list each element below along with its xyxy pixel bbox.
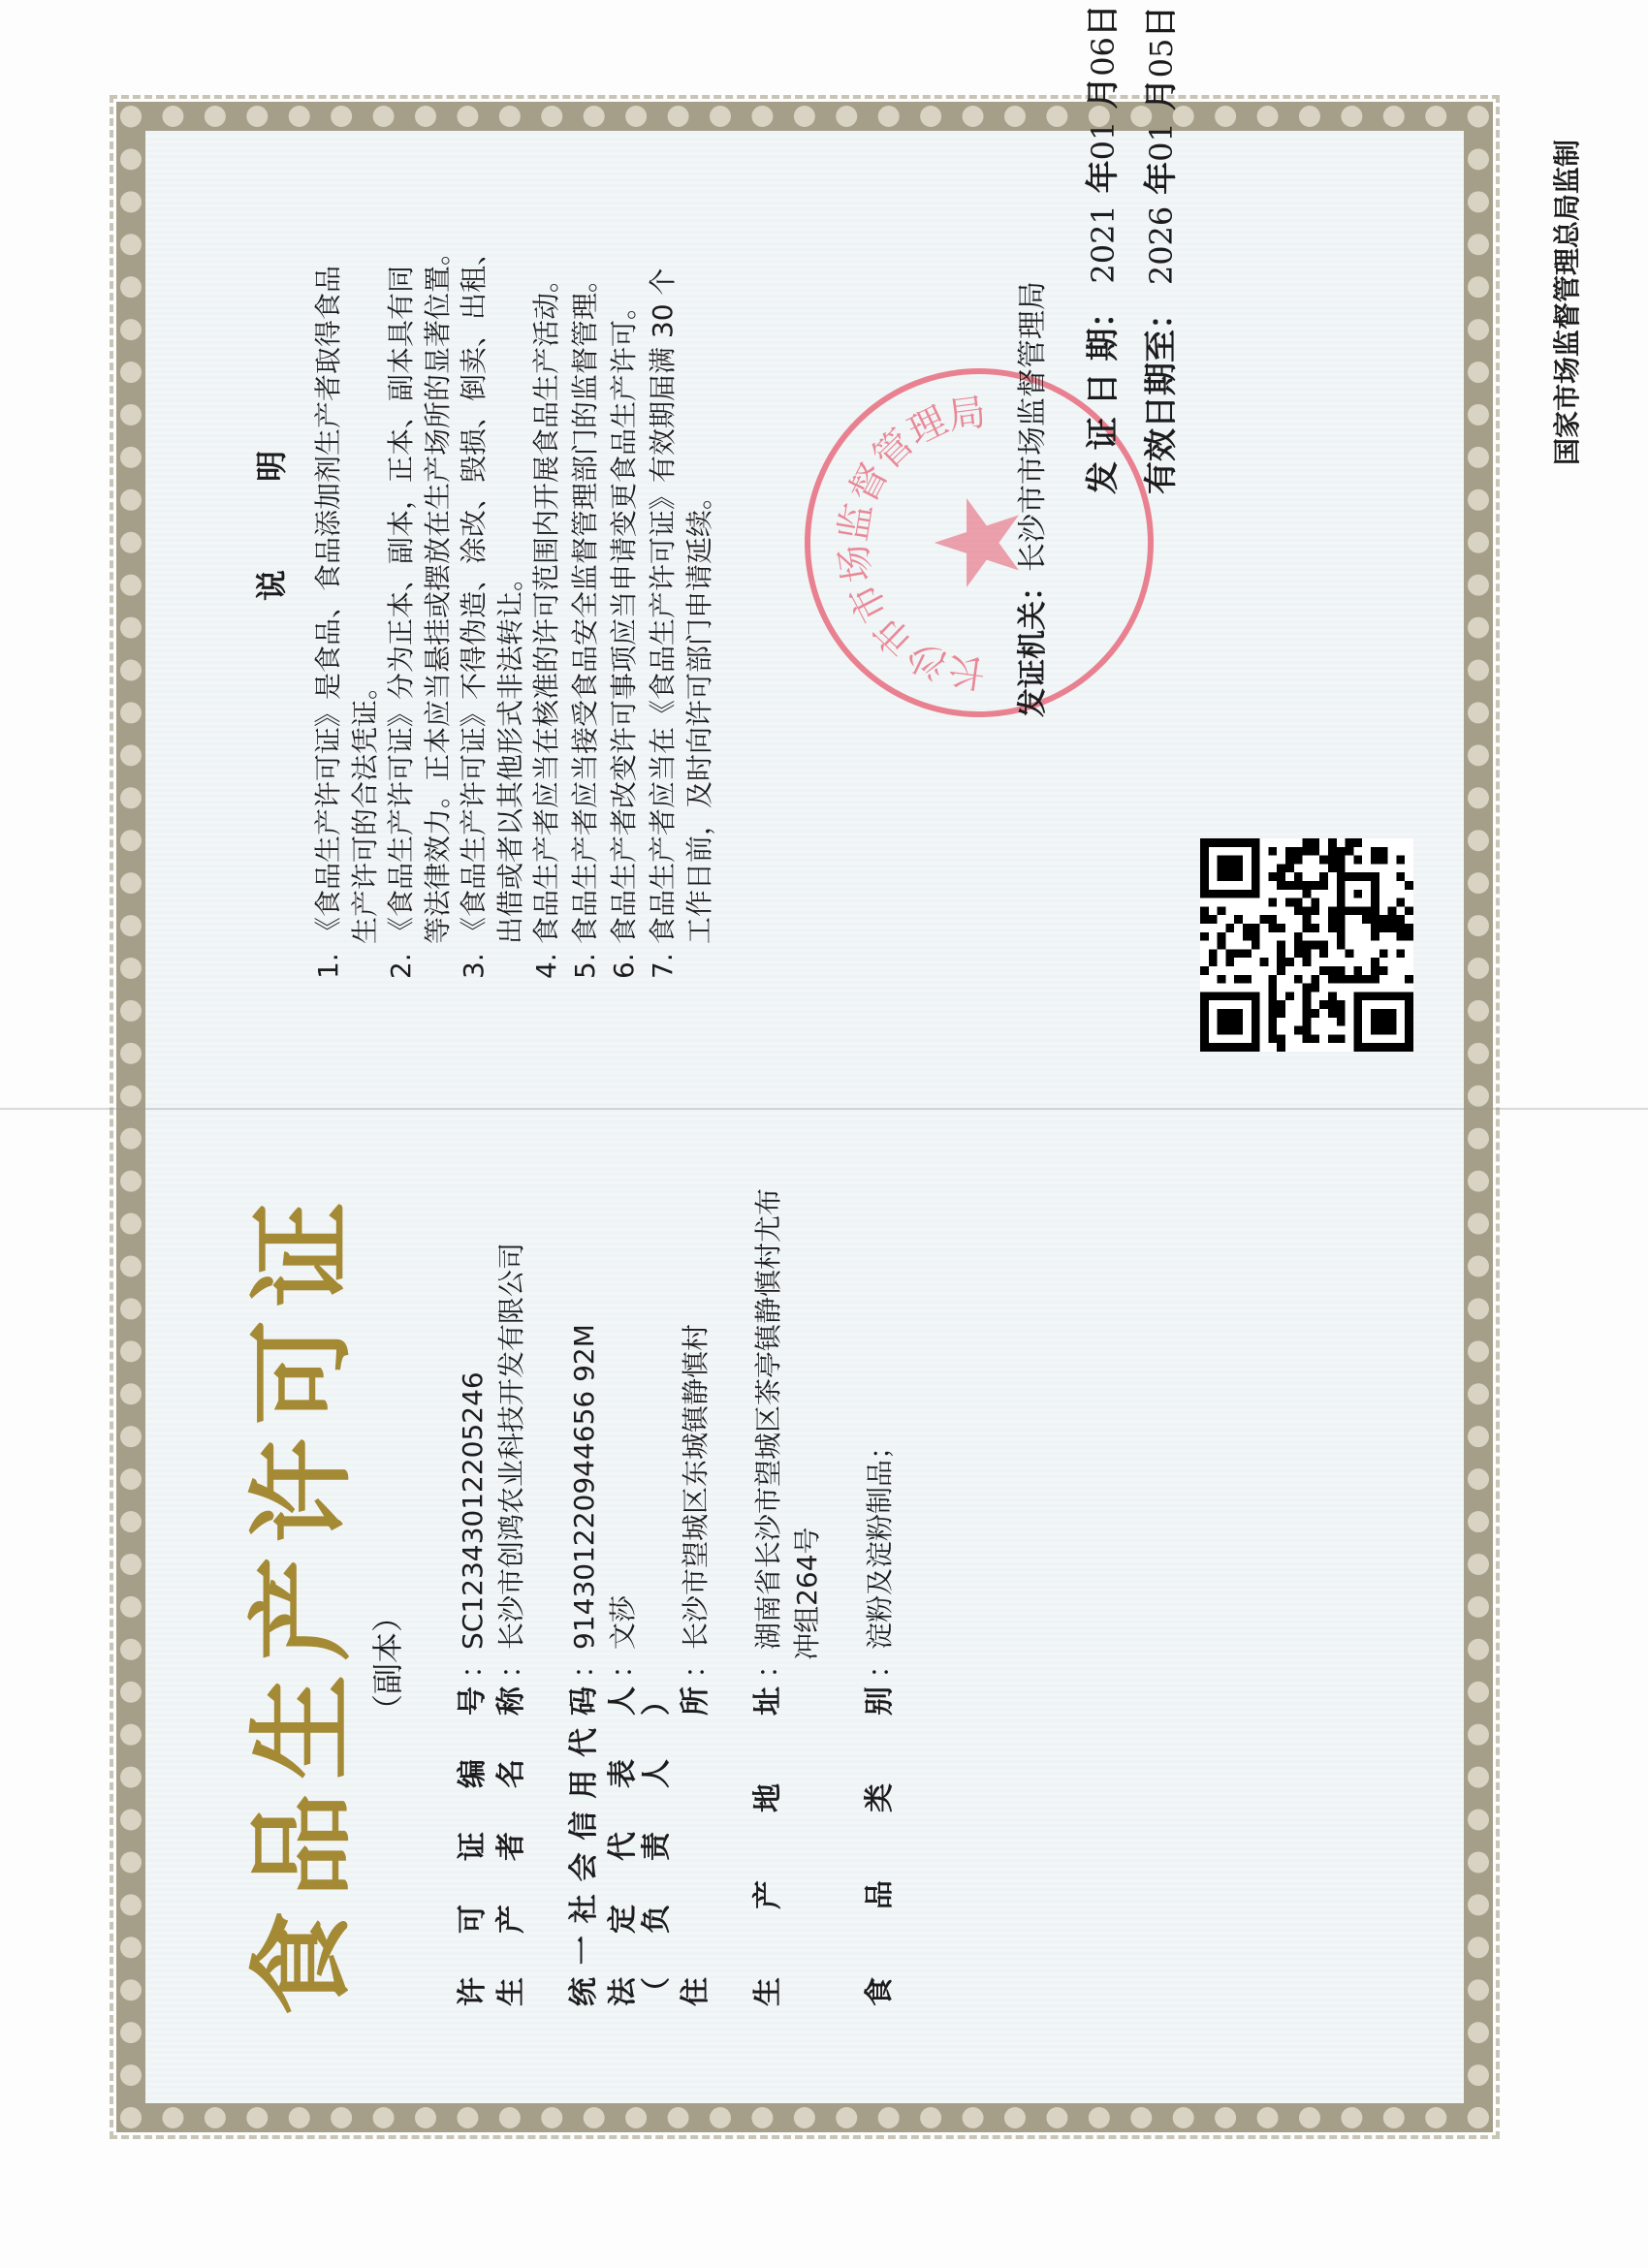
note-item: 5.食品生产者应当接受食品安全监督管理部门的监督管理。: [567, 184, 604, 979]
domicile: 长沙市望城区东城镇静慎村: [680, 1324, 712, 1650]
footer-supervisor: 国家市场监督管理总局监制: [1546, 140, 1585, 465]
production-address: 湖南省长沙市望城区茶亭镇静慎村尤布: [752, 1188, 784, 1650]
certificate-title: 食品生产许可证: [218, 1188, 368, 2016]
notes-heading: 说 明: [247, 412, 292, 601]
producer-name: 长沙市创鸿农业科技开发有限公司: [495, 1243, 527, 1650]
issuing-authority: 发证机关：长沙市市场监督管理局: [1008, 281, 1051, 717]
credit-code: 914301220944656 92M: [568, 1324, 600, 1650]
field-production-address: 生产地址：湖南省长沙市望城区茶亭镇静慎村尤布: [751, 1188, 786, 2006]
note-item: 4.食品生产者应当在核准的许可范围内开展食品生产活动。: [528, 184, 565, 979]
field-responsible-person: （负责人）: [640, 1679, 675, 2006]
issuing-authority-name: 长沙市市场监督管理局: [1016, 281, 1050, 572]
certificate-subtitle: （副本）: [364, 1601, 408, 1725]
issue-date: 发 证 日 期： 2021 年01 月06日: [1076, 4, 1124, 494]
field-credit-code: 统一社会信用代码：914301220944656 92M: [567, 1324, 602, 2006]
food-category: 淀粉及淀粉制品；: [864, 1433, 896, 1650]
field-food-category: 食品类别：淀粉及淀粉制品；: [863, 1433, 898, 2006]
note-item: 6.食品生产者改变许可事项应当申请变更食品生产许可。: [606, 184, 643, 979]
field-domicile: 住所：长沙市望城区东城镇静慎村: [679, 1324, 713, 2006]
field-production-address-cont: 冲组264号: [790, 1527, 825, 2006]
field-license-number: 许可证编号：SC12343012205246: [456, 1371, 491, 2006]
fold-line: [0, 1108, 1648, 1110]
legal-representative: 文莎: [607, 1595, 639, 1650]
production-address-line2: 冲组264号: [791, 1527, 823, 1659]
qr-code[interactable]: [1200, 838, 1413, 1052]
certificate-sheet: 食品生产许可证 （副本） 许可证编号：SC12343012205246 生产者名…: [0, 0, 1648, 2268]
valid-until-date: 有效日期至： 2026 年01 月05日: [1134, 6, 1182, 494]
field-producer-name: 生产者名称：长沙市创鸿农业科技开发有限公司: [494, 1243, 529, 2006]
license-number: SC12343012205246: [457, 1371, 489, 1650]
note-item: 2.《食品生产许可证》分为正本、副本，正本、副本具有同等法律效力。正本应当悬挂或…: [383, 184, 457, 979]
note-item: 7.食品生产者应当在《食品生产许可证》有效期届满 30 个工作日前，及时向许可部…: [645, 184, 718, 979]
field-legal-rep: 法定代表人：文莎: [606, 1595, 641, 2006]
note-item: 3.《食品生产许可证》不得伪造、涂改、毁损、倒卖、出租、出借或者以其他形式非法转…: [456, 184, 529, 979]
note-item: 1.《食品生产许可证》是食品、食品添加剂生产者取得食品生产许可的合法凭证。: [310, 184, 384, 979]
